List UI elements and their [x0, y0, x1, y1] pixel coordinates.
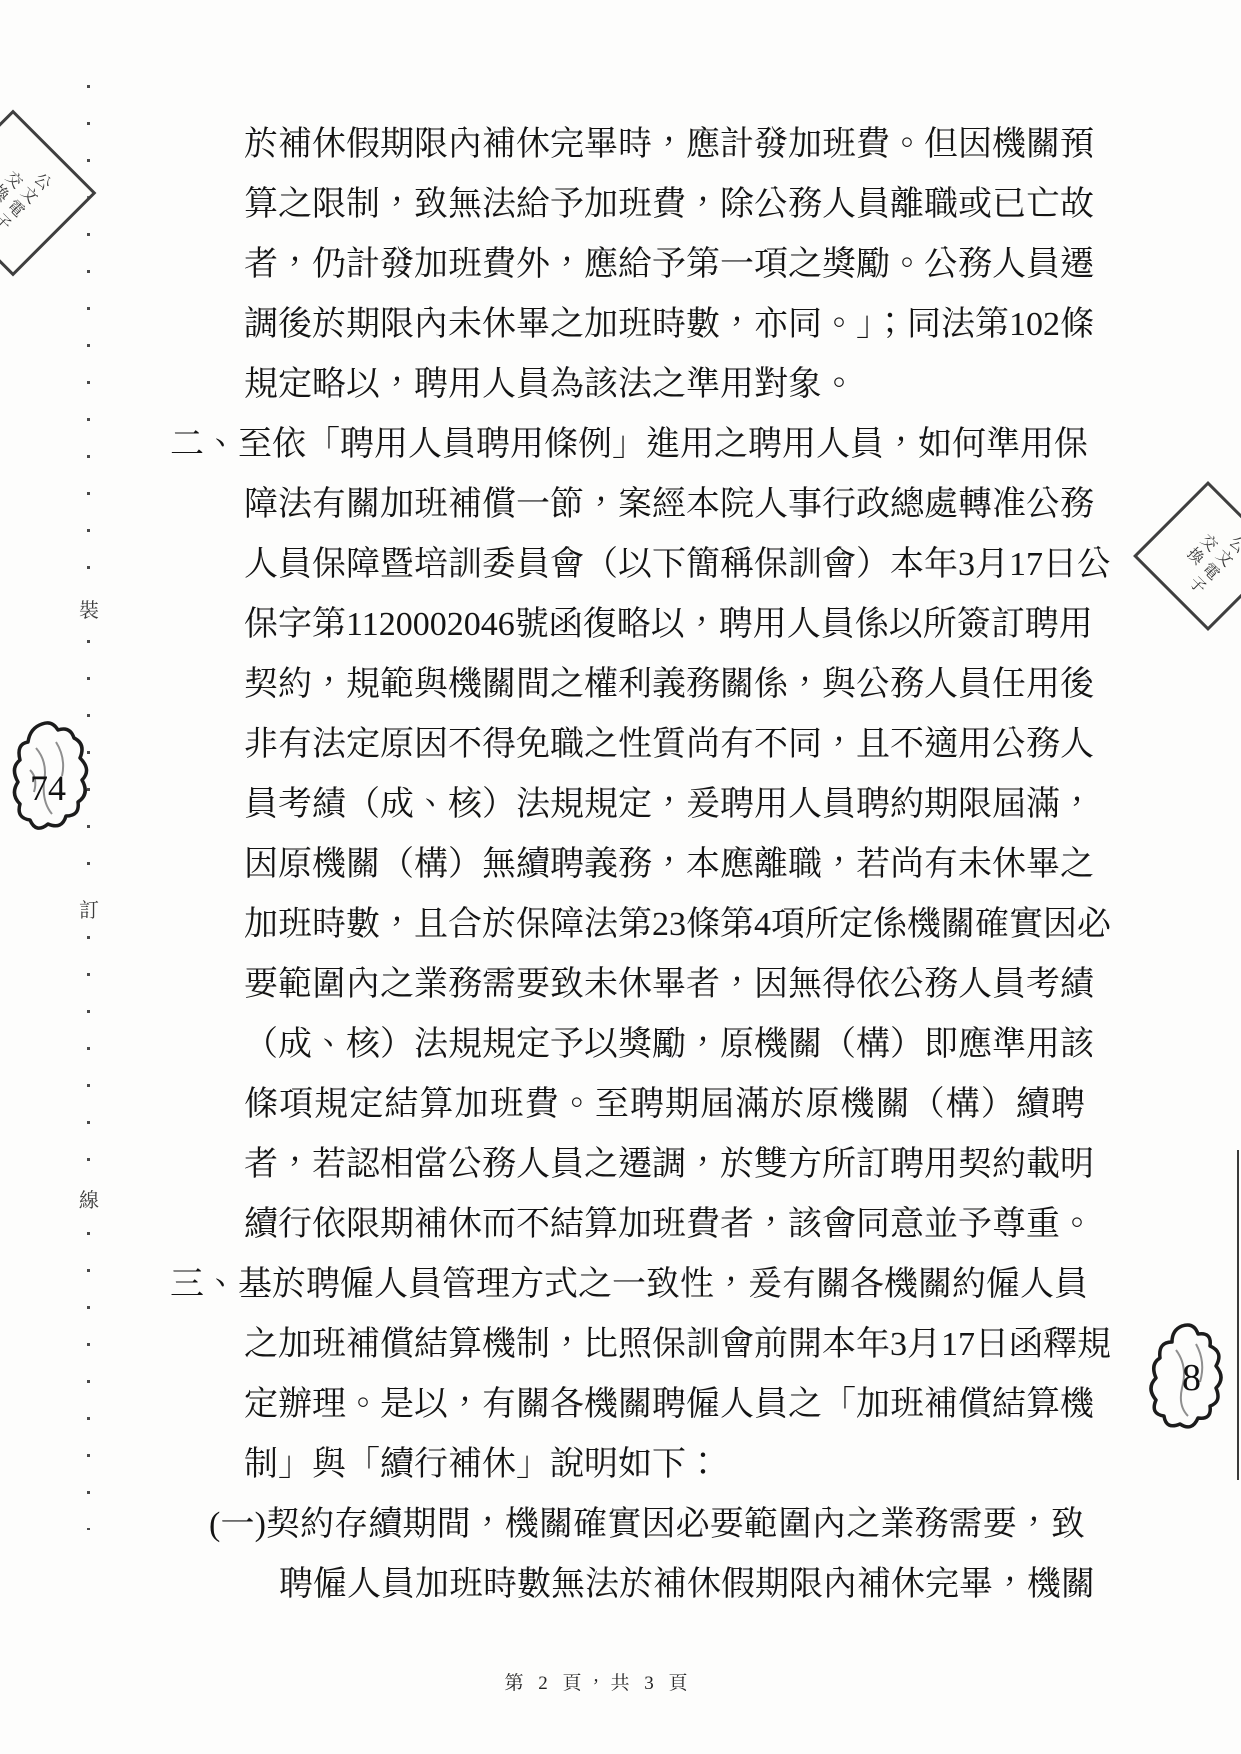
- body-line: 員考績（成、核）法規規定，爰聘用人員聘約期限屆滿，: [244, 775, 1085, 835]
- body-line: (一)契約存續期間，機關確實因必要範圍內之業務需要，致: [209, 1495, 1085, 1555]
- body-line: 條項規定結算加班費。至聘期屆滿於原機關（構）續聘: [244, 1075, 1085, 1135]
- body-line: 三、基於聘僱人員管理方式之一致性，爰有關各機關約僱人員: [170, 1255, 1085, 1315]
- body-line: 聘僱人員加班時數無法於補休假期限內補休完畢，機關: [279, 1555, 1085, 1615]
- body-line: 於補休假期限內補休完畢時，應計發加班費。但因機關預: [244, 115, 1085, 175]
- body-line: 保字第1120002046號函復略以，聘用人員係以所簽訂聘用: [244, 595, 1085, 655]
- body-line: 算之限制，致無法給予加班費，除公務人員離職或已亡故: [244, 175, 1085, 235]
- body-line: 定辦理。是以，有關各機關聘僱人員之「加班補償結算機: [244, 1375, 1085, 1435]
- body-line: 者，若認相當公務人員之遷調，於雙方所訂聘用契約載明: [244, 1135, 1085, 1195]
- page-footer: 第 2 頁，共 3 頁: [0, 1668, 1219, 1695]
- body-line: 調後於期限內未休畢之加班時數，亦同。」；同法第102條: [244, 295, 1085, 355]
- body-line: 續行依限期補休而不結算加班費者，該會同意並予尊重。: [244, 1195, 1085, 1255]
- body-line: 加班時數，且合於保障法第23條第4項所定係機關確實因必: [244, 895, 1085, 955]
- body-line: 因原機關（構）無續聘義務，本應離職，若尚有未休畢之: [244, 835, 1085, 895]
- body-line: （成、核）法規規定予以獎勵，原機關（構）即應準用該: [244, 1015, 1085, 1075]
- body-line: 規定略以，聘用人員為該法之準用對象。: [244, 355, 1085, 415]
- body-line: 障法有關加班補償一節，案經本院人事行政總處轉准公務: [244, 475, 1085, 535]
- body-line: 契約，規範與機關間之權利義務關係，與公務人員任用後: [244, 655, 1085, 715]
- body-line: 二、至依「聘用人員聘用條例」進用之聘用人員，如何準用保: [170, 415, 1085, 475]
- body-line: 者，仍計發加班費外，應給予第一項之獎勵。公務人員遷: [244, 235, 1085, 295]
- document-page: 裝 訂 線 公文電子交換 公文電子交換 74 8 於補休假期限內補休完畢時，應計…: [0, 0, 1241, 1754]
- scan-edge-artifact: [1237, 1150, 1239, 1480]
- body-line: 人員保障暨培訓委員會（以下簡稱保訓會）本年3月17日公: [244, 535, 1085, 595]
- body-line: 要範圍內之業務需要致未休畢者，因無得依公務人員考績: [244, 955, 1085, 1015]
- body-line: 之加班補償結算機制，比照保訓會前開本年3月17日函釋規: [244, 1315, 1085, 1375]
- body-line: 非有法定原因不得免職之性質尚有不同，且不適用公務人: [244, 715, 1085, 775]
- body-line: 制」與「續行補休」說明如下：: [244, 1435, 1085, 1495]
- body-text: 於補休假期限內補休完畢時，應計發加班費。但因機關預算之限制，致無法給予加班費，除…: [0, 115, 1241, 1615]
